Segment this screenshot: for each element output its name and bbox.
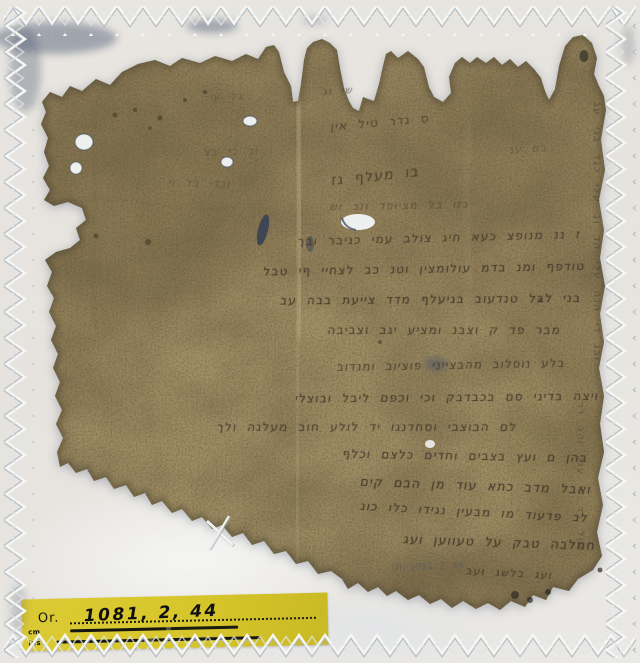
worm-hole xyxy=(70,162,82,174)
label-unit-cm: cm xyxy=(28,627,44,635)
dark-tear xyxy=(306,236,314,252)
ins-scale-bar xyxy=(56,636,260,644)
cm-scale-bar xyxy=(70,625,238,632)
label-unit-ins: ins xyxy=(28,638,44,646)
manuscript-fragment-art xyxy=(0,0,640,663)
worm-hole xyxy=(75,134,93,150)
worm-hole xyxy=(425,440,435,448)
blue-stain xyxy=(424,357,448,371)
worm-hole xyxy=(221,157,233,167)
hole-top-right xyxy=(580,50,589,62)
shelfmark-label: Or. 1081, 2, 44 cm ins xyxy=(21,593,328,652)
tear-gash xyxy=(341,214,375,230)
photo-stage: שי וג בל עי ס גדר טיל אין וב כי בצ בם עג… xyxy=(0,0,640,663)
label-prefix: Or. xyxy=(38,611,60,626)
worm-hole xyxy=(243,116,257,126)
parchment-texture xyxy=(5,30,630,617)
